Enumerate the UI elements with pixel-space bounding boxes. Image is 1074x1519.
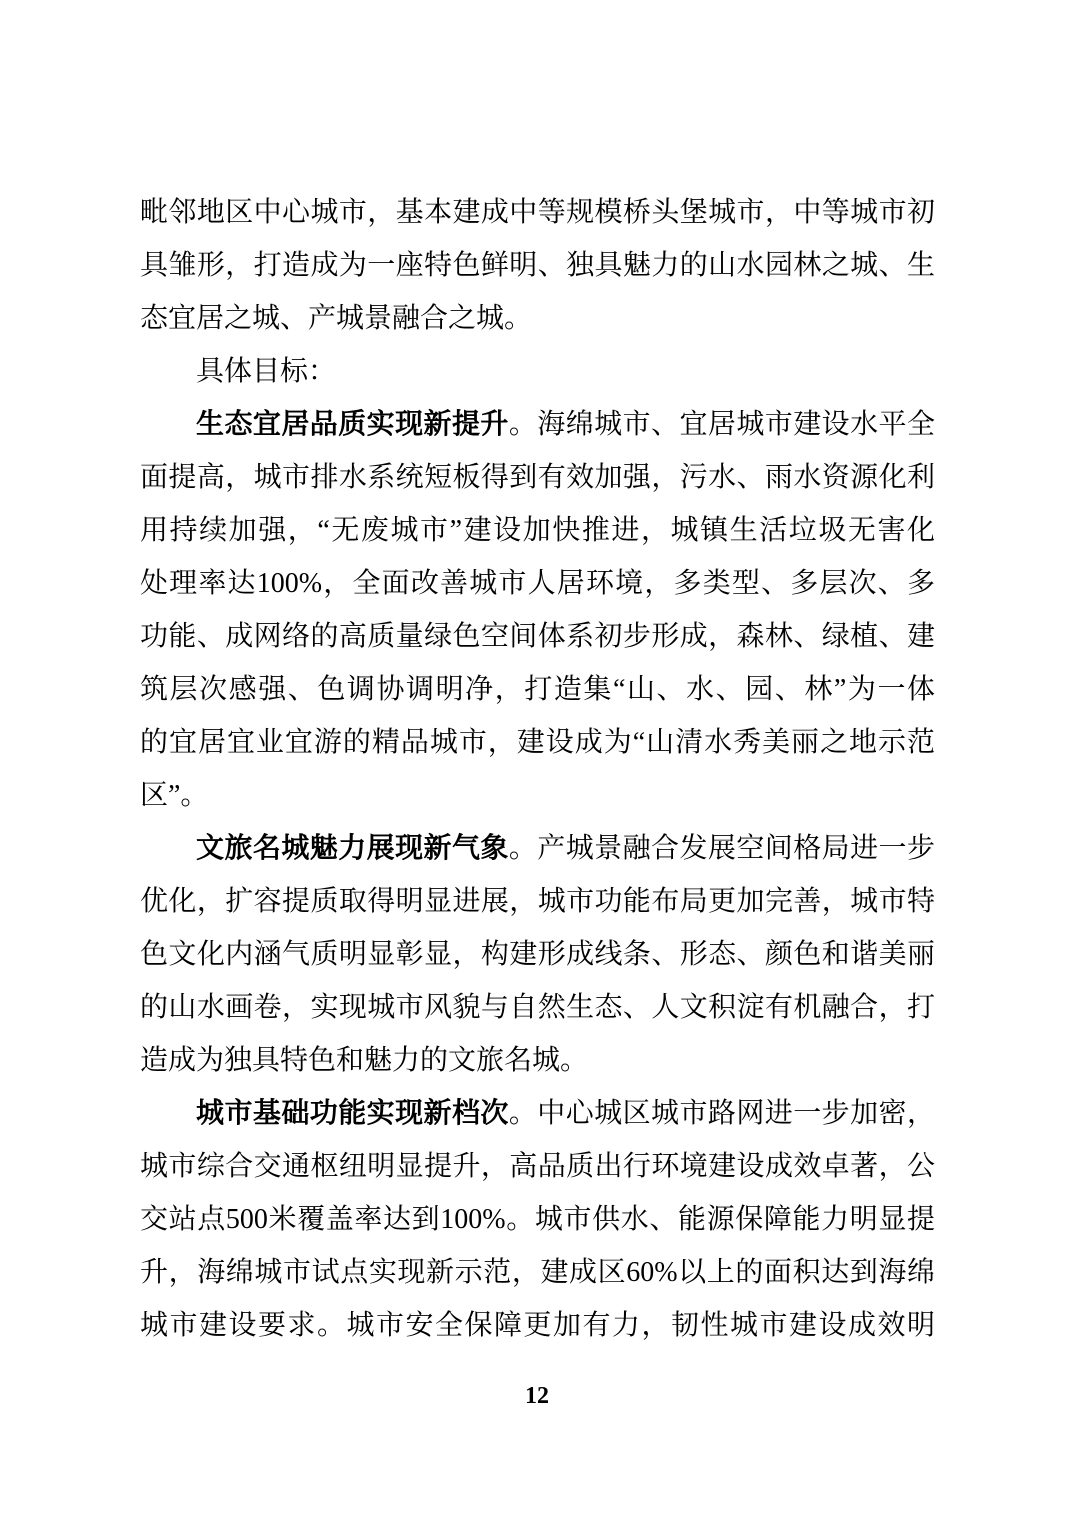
text-line: 的宜居宜业宜游的精品城市，建设成为“山清水秀美丽之地示范 — [140, 716, 935, 769]
text-line: 色文化内涵气质明显彰显，构建形成线条、形态、颜色和谐美丽 — [140, 928, 935, 981]
text-line: 具雏形，打造成为一座特色鲜明、独具魅力的山水园林之城、生 — [140, 239, 935, 292]
paragraph-lead-bold: 城市基础功能实现新档次 — [196, 1098, 509, 1129]
paragraph-goal-infrastructure: 城市基础功能实现新档次。中心城区城市路网进一步加密，城市综合交通枢纽明显提升，高… — [140, 1087, 935, 1352]
text-line: 城市基础功能实现新档次。中心城区城市路网进一步加密， — [140, 1087, 935, 1140]
text-line: 交站点500米覆盖率达到100%。城市供水、能源保障能力明显提 — [140, 1193, 935, 1246]
text-line: 的山水画卷，实现城市风貌与自然生态、人文积淀有机融合，打 — [140, 981, 935, 1034]
paragraph-intro-continuation: 毗邻地区中心城市，基本建成中等规模桥头堡城市，中等城市初具雏形，打造成为一座特色… — [140, 186, 935, 345]
text-line: 优化，扩容提质取得明显进展，城市功能布局更加完善，城市特 — [140, 875, 935, 928]
text-line: 具体目标： — [140, 345, 935, 398]
paragraph-goal-ecology: 生态宜居品质实现新提升。海绵城市、宜居城市建设水平全面提高，城市排水系统短板得到… — [140, 398, 935, 822]
page-number: 12 — [0, 1381, 1074, 1411]
text-line: 用持续加强，“无废城市”建设加快推进，城镇生活垃圾无害化 — [140, 504, 935, 557]
text-line: 文旅名城魅力展现新气象。产城景融合发展空间格局进一步 — [140, 822, 935, 875]
paragraph-lead-bold: 生态宜居品质实现新提升 — [196, 409, 509, 440]
paragraph-goal-culture-tourism: 文旅名城魅力展现新气象。产城景融合发展空间格局进一步优化，扩容提质取得明显进展，… — [140, 822, 935, 1087]
text-line: 城市建设要求。城市安全保障更加有力，韧性城市建设成效明显， — [140, 1299, 935, 1352]
text-line: 面提高，城市排水系统短板得到有效加强，污水、雨水资源化利 — [140, 451, 935, 504]
text-line: 处理率达100%，全面改善城市人居环境，多类型、多层次、多 — [140, 557, 935, 610]
text-line: 生态宜居品质实现新提升。海绵城市、宜居城市建设水平全 — [140, 398, 935, 451]
text-line: 功能、成网络的高质量绿色空间体系初步形成，森林、绿植、建 — [140, 610, 935, 663]
text-line: 城市综合交通枢纽明显提升，高品质出行环境建设成效卓著，公 — [140, 1140, 935, 1193]
paragraph-lead-bold: 文旅名城魅力展现新气象 — [196, 833, 509, 864]
text-line: 区”。 — [140, 769, 935, 822]
paragraph-goals-label: 具体目标： — [140, 345, 935, 398]
text-line: 态宜居之城、产城景融合之城。 — [140, 292, 935, 345]
document-page: 毗邻地区中心城市，基本建成中等规模桥头堡城市，中等城市初具雏形，打造成为一座特色… — [0, 0, 1074, 1519]
text-line: 造成为独具特色和魅力的文旅名城。 — [140, 1034, 935, 1087]
text-line: 筑层次感强、色调协调明净，打造集“山、水、园、林”为一体 — [140, 663, 935, 716]
document-body: 毗邻地区中心城市，基本建成中等规模桥头堡城市，中等城市初具雏形，打造成为一座特色… — [140, 186, 935, 1352]
text-line: 升，海绵城市试点实现新示范，建成区60%以上的面积达到海绵 — [140, 1246, 935, 1299]
text-line: 毗邻地区中心城市，基本建成中等规模桥头堡城市，中等城市初 — [140, 186, 935, 239]
